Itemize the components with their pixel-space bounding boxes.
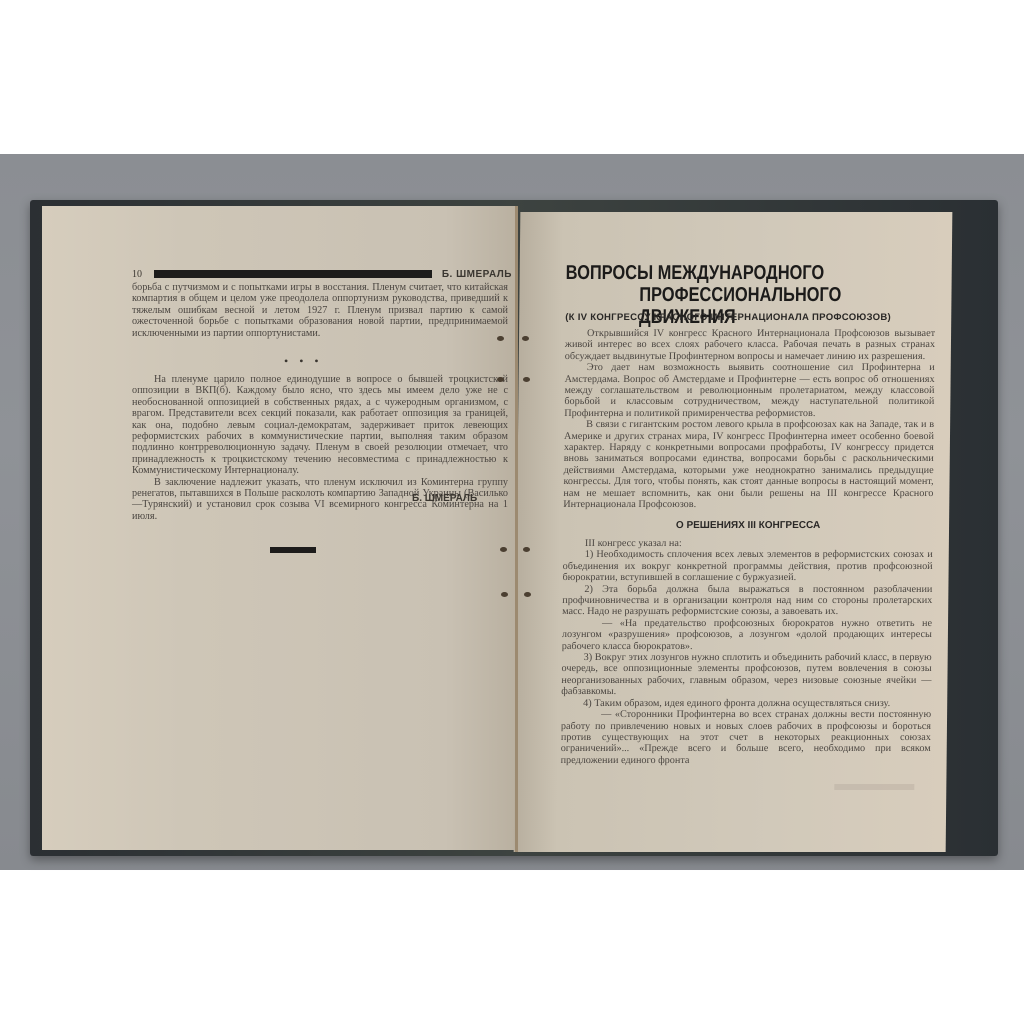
section-separator: • • • — [284, 354, 323, 369]
paragraph: борьба с путчизмом и с попытками игры в … — [132, 282, 508, 339]
paragraph: 4) Таким образом, идея единого фронта до… — [561, 698, 931, 709]
staple-hole — [524, 592, 531, 597]
staple-hole — [523, 547, 530, 552]
staple-hole — [501, 592, 508, 597]
section-heading: О РЕШЕНИЯХ III КОНГРЕССА — [563, 520, 933, 531]
author-signature: Б. ШМЕРАЛЬ — [412, 493, 477, 504]
bleed-through-text — [834, 784, 914, 790]
title-line-1: ВОПРОСЫ МЕЖДУНАРОДНОГО — [566, 262, 825, 284]
paragraph: Открывшийся IV конгресс Красного Интерна… — [565, 328, 935, 362]
paragraph: В связи с гигантским ростом левого крыла… — [563, 419, 934, 510]
paragraph: Это дает нам возможность выявить соотнош… — [564, 362, 935, 419]
staple-hole — [500, 547, 507, 552]
paragraph: 1) Необходимость сплочения всех левых эл… — [562, 549, 932, 583]
staple-hole — [497, 377, 504, 382]
left-body-top: борьба с путчизмом и с попытками игры в … — [132, 282, 508, 339]
book-gutter — [515, 206, 518, 852]
paragraph: — «На предательство профсоюзных бюрократ… — [562, 618, 932, 652]
paragraph: На пленуме царило полное единодушие в во… — [132, 374, 508, 477]
right-page: ВОПРОСЫ МЕЖДУНАРОДНОГО ПРОФЕССИОНАЛЬНОГО… — [514, 212, 953, 852]
page-header: 10 Б. ШМЕРАЛЬ — [132, 266, 512, 282]
left-page: 10 Б. ШМЕРАЛЬ борьба с путчизмом и с поп… — [42, 206, 517, 850]
right-body-top: Открывшийся IV конгресс Красного Интерна… — [563, 328, 935, 511]
article-subtitle: (К IV КОНГРЕССУ КРАСНОГО ИНТЕРНАЦИОНАЛА … — [565, 312, 945, 323]
staple-hole — [522, 336, 529, 341]
end-rule — [270, 547, 316, 553]
paragraph: — «Сторонники Профинтерна во всех страна… — [561, 709, 932, 766]
page-number: 10 — [132, 269, 154, 280]
paragraph: 2) Эта борьба должна была выражаться в п… — [562, 584, 932, 618]
staple-hole — [497, 336, 504, 341]
header-rule — [154, 270, 432, 278]
paragraph: III конгресс указал на: — [563, 538, 933, 549]
paragraph: 3) Вокруг этих лозунгов нужно сплотить и… — [561, 652, 931, 698]
running-head: Б. ШМЕРАЛЬ — [442, 269, 512, 280]
right-body-bottom: III конгресс указал на:1) Необходимость … — [561, 538, 933, 766]
staple-hole — [523, 377, 530, 382]
